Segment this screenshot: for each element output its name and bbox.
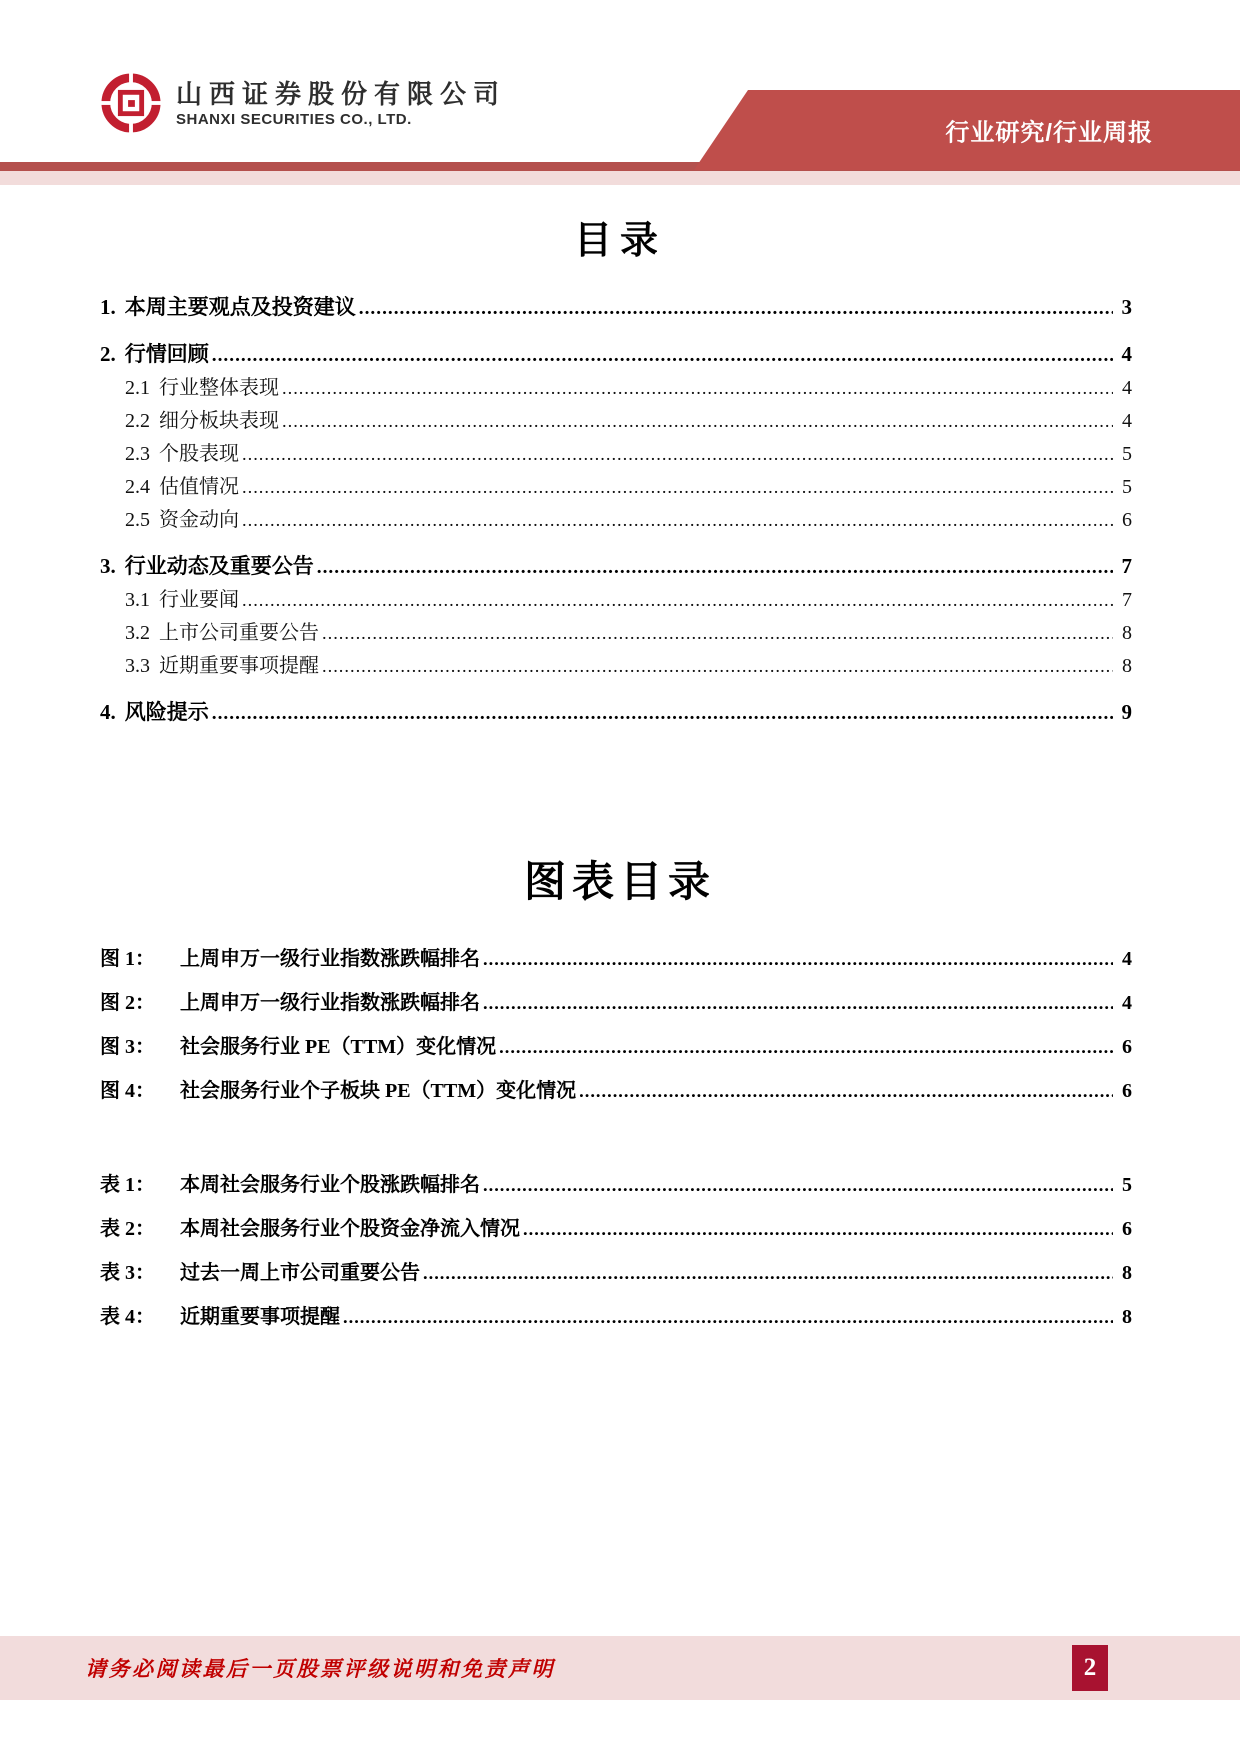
figure-entry: 图 2： 上周申万一级行业指数涨跌幅排名 4: [100, 988, 1132, 1018]
page-header: 山西证券股份有限公司 SHANXI SECURITIES CO., LTD. 行…: [0, 0, 1240, 190]
toc-entry-page: 5: [1116, 438, 1132, 471]
figure-entry-title: 上周申万一级行业指数涨跌幅排名: [180, 944, 480, 974]
figure-entries-list: 图 1： 上周申万一级行业指数涨跌幅排名 4 图 2： 上周申万一级行业指数涨跌…: [100, 944, 1132, 1106]
toc-entry-title: 估值情况: [159, 471, 239, 504]
toc-entry-title: 本周主要观点及投资建议: [125, 291, 356, 324]
toc-entry-title: 上市公司重要公告: [159, 617, 319, 650]
report-page: 山西证券股份有限公司 SHANXI SECURITIES CO., LTD. 行…: [0, 0, 1240, 1754]
toc-entry-number: 2.3: [125, 438, 150, 471]
toc-entry-number: 1.: [100, 291, 116, 324]
toc-entry-title: 风险提示: [125, 696, 209, 729]
toc-entry: 2.5 资金动向 6: [100, 504, 1132, 537]
company-name-cn: 山西证券股份有限公司: [176, 78, 506, 111]
toc-entry-page: 8: [1116, 650, 1132, 683]
dot-leader: [579, 1076, 1113, 1106]
figure-entry-label: 图 4：: [100, 1076, 180, 1106]
dot-leader: [242, 584, 1113, 617]
report-type-label: 行业研究/行业周报: [945, 113, 1153, 148]
dot-leader: [322, 650, 1113, 683]
toc-entry-page: 4: [1116, 405, 1132, 438]
dot-leader: [317, 550, 1113, 584]
toc-entry-number: 3.1: [125, 584, 150, 617]
toc-entry-title: 行情回顾: [125, 338, 209, 371]
figure-entry: 图 1： 上周申万一级行业指数涨跌幅排名 4: [100, 944, 1132, 974]
dot-leader: [483, 1170, 1113, 1200]
table-entry: 表 4： 近期重要事项提醒 8: [100, 1302, 1132, 1332]
toc-entry-page: 6: [1116, 504, 1132, 537]
toc-entry-number: 2.: [100, 338, 116, 371]
table-entry-title: 过去一周上市公司重要公告: [180, 1258, 420, 1288]
dot-leader: [212, 338, 1113, 372]
dot-leader: [359, 291, 1113, 325]
toc-entry: 3.2 上市公司重要公告 8: [100, 617, 1132, 650]
figure-entry: 图 4： 社会服务行业个子板块 PE（TTM）变化情况 6: [100, 1076, 1132, 1106]
toc-entry-page: 7: [1116, 550, 1132, 583]
table-entry: 表 2： 本周社会服务行业个股资金净流入情况 6: [100, 1214, 1132, 1244]
toc-entry: 4. 风险提示 9: [100, 696, 1132, 730]
toc-entry-title: 个股表现: [159, 438, 239, 471]
toc-entry-number: 2.4: [125, 471, 150, 504]
table-entry-label: 表 3：: [100, 1258, 180, 1288]
toc-entry-number: 4.: [100, 696, 116, 729]
company-logo-block: 山西证券股份有限公司 SHANXI SECURITIES CO., LTD.: [100, 72, 506, 134]
toc-entry: 2.4 估值情况 5: [100, 471, 1132, 504]
figure-entry-title: 社会服务行业 PE（TTM）变化情况: [180, 1032, 496, 1062]
page-number-badge: 2: [1072, 1645, 1108, 1691]
toc-entry-title: 细分板块表现: [159, 405, 279, 438]
dot-leader: [242, 438, 1113, 471]
table-entry-page: 5: [1116, 1170, 1132, 1200]
table-entry-label: 表 1：: [100, 1170, 180, 1200]
toc-entry-number: 2.1: [125, 372, 150, 405]
table-entry: 表 3： 过去一周上市公司重要公告 8: [100, 1258, 1132, 1288]
dot-leader: [282, 372, 1113, 405]
toc-entry-page: 8: [1116, 617, 1132, 650]
toc-entry-number: 3.3: [125, 650, 150, 683]
dot-leader: [483, 944, 1113, 974]
table-entry-page: 8: [1116, 1258, 1132, 1288]
figure-entry: 图 3： 社会服务行业 PE（TTM）变化情况 6: [100, 1032, 1132, 1062]
toc-entry-page: 4: [1116, 338, 1132, 371]
toc-entry-page: 4: [1116, 372, 1132, 405]
table-entry: 表 1： 本周社会服务行业个股涨跌幅排名 5: [100, 1170, 1132, 1200]
toc-entry-number: 3.2: [125, 617, 150, 650]
figure-entry-title: 上周申万一级行业指数涨跌幅排名: [180, 988, 480, 1018]
header-pink-stripe: [0, 171, 1240, 185]
toc-entry: 3.1 行业要闻 7: [100, 584, 1132, 617]
figure-entry-title: 社会服务行业个子板块 PE（TTM）变化情况: [180, 1076, 576, 1106]
table-entry-title: 本周社会服务行业个股资金净流入情况: [180, 1214, 520, 1244]
dot-leader: [499, 1032, 1113, 1062]
company-name-en: SHANXI SECURITIES CO., LTD.: [176, 111, 506, 128]
toc-entry-number: 2.2: [125, 405, 150, 438]
toc-entry-page: 3: [1116, 291, 1132, 324]
dot-leader: [282, 405, 1113, 438]
dot-leader: [242, 471, 1113, 504]
toc-entry: 1. 本周主要观点及投资建议 3: [100, 291, 1132, 325]
toc-entry: 2.3 个股表现 5: [100, 438, 1132, 471]
toc-list: 1. 本周主要观点及投资建议 3 2. 行情回顾 4 2.1 行业整体表现 4 …: [100, 291, 1132, 730]
figure-entry-label: 图 1：: [100, 944, 180, 974]
table-entry-title: 近期重要事项提醒: [180, 1302, 340, 1332]
figure-entry-page: 6: [1116, 1032, 1132, 1062]
table-entry-label: 表 4：: [100, 1302, 180, 1332]
figures-toc-title: 图表目录: [0, 858, 1240, 908]
table-entry-title: 本周社会服务行业个股涨跌幅排名: [180, 1170, 480, 1200]
footer-disclaimer: 请务必阅读最后一页股票评级说明和免责声明: [85, 1653, 555, 1683]
toc-entry-title: 行业整体表现: [159, 372, 279, 405]
dot-leader: [343, 1302, 1113, 1332]
page-footer: 请务必阅读最后一页股票评级说明和免责声明 2: [0, 1636, 1240, 1700]
dot-leader: [523, 1214, 1113, 1244]
table-entry-label: 表 2：: [100, 1214, 180, 1244]
report-type-banner: 行业研究/行业周报: [694, 90, 1240, 170]
toc-entry: 2.2 细分板块表现 4: [100, 405, 1132, 438]
dot-leader: [242, 504, 1113, 537]
toc-entry-title: 行业动态及重要公告: [125, 550, 314, 583]
toc-entry-title: 资金动向: [159, 504, 239, 537]
toc-entry-page: 9: [1116, 696, 1132, 729]
toc-entry: 3.3 近期重要事项提醒 8: [100, 650, 1132, 683]
toc-entry: 2. 行情回顾 4: [100, 338, 1132, 372]
dot-leader: [212, 696, 1113, 730]
toc-entry: 2.1 行业整体表现 4: [100, 372, 1132, 405]
toc-entry-title: 近期重要事项提醒: [159, 650, 319, 683]
toc-entry-page: 5: [1116, 471, 1132, 504]
toc-entry-title: 行业要闻: [159, 584, 239, 617]
figure-entry-page: 6: [1116, 1076, 1132, 1106]
figure-entry-label: 图 3：: [100, 1032, 180, 1062]
company-logo-icon: [100, 72, 162, 134]
dot-leader: [423, 1258, 1113, 1288]
figure-entry-page: 4: [1116, 944, 1132, 974]
table-entry-page: 8: [1116, 1302, 1132, 1332]
dot-leader: [483, 988, 1113, 1018]
company-name: 山西证券股份有限公司 SHANXI SECURITIES CO., LTD.: [176, 78, 506, 128]
figure-entry-page: 4: [1116, 988, 1132, 1018]
figure-entry-label: 图 2：: [100, 988, 180, 1018]
dot-leader: [322, 617, 1113, 650]
table-entry-page: 6: [1116, 1214, 1132, 1244]
toc-entry-number: 2.5: [125, 504, 150, 537]
toc-entry-number: 3.: [100, 550, 116, 583]
table-entries-list: 表 1： 本周社会服务行业个股涨跌幅排名 5 表 2： 本周社会服务行业个股资金…: [100, 1170, 1132, 1332]
toc-title: 目录: [0, 219, 1240, 265]
toc-entry-page: 7: [1116, 584, 1132, 617]
toc-entry: 3. 行业动态及重要公告 7: [100, 550, 1132, 584]
